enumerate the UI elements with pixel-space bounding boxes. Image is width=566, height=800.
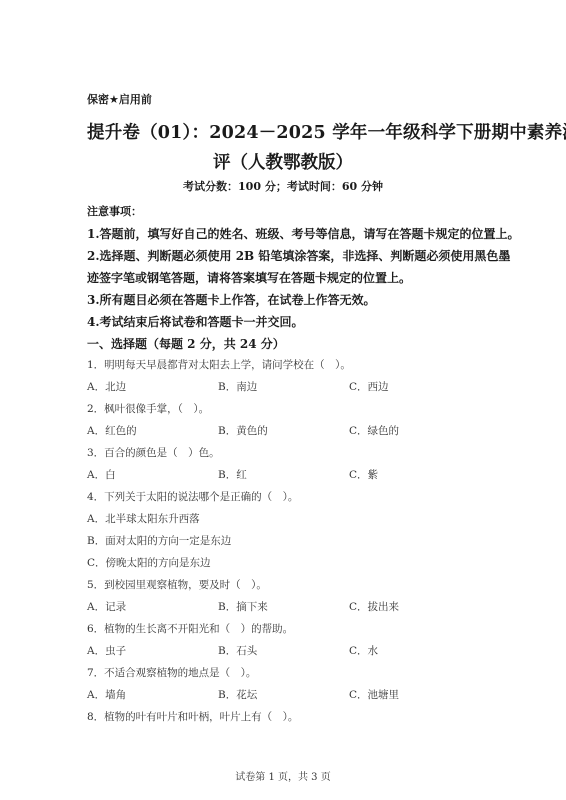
option-b: B．花坛 [218, 687, 257, 702]
option-c: C．拔出来 [349, 599, 399, 614]
question-stem: 5．到校园里观察植物，要及时（ ）。 [87, 577, 267, 592]
option-c: C．池塘里 [349, 687, 399, 702]
question-stem: 3．百合的颜色是（ ）色。 [87, 445, 220, 460]
option-c: C．傍晚太阳的方向是东边 [87, 555, 211, 570]
question-stem: 7．不适合观察植物的地点是（ ）。 [87, 665, 256, 680]
note-item: 2.选择题、判断题必须使用 2B 铅笔填涂答案，非选择、判断题必须使用黑色墨 [87, 247, 510, 264]
question-stem: 2．枫叶很像手掌，（ ）。 [87, 401, 209, 416]
option-b: B．黄色的 [218, 423, 268, 438]
option-a: A．白 [87, 467, 116, 482]
exam-page: 保密★启用前 提升卷（01）：2024－2025 学年一年级科学下册期中素养测 … [0, 0, 566, 800]
question-stem: 1．明明每天早晨都背对太阳去上学，请问学校在（ ）。 [87, 357, 351, 372]
option-a: A．红色的 [87, 423, 137, 438]
option-c: C．水 [349, 643, 378, 658]
page-footer: 试卷第 1 页，共 3 页 [0, 768, 566, 783]
exam-title-line1: 提升卷（01）：2024－2025 学年一年级科学下册期中素养测 [87, 119, 566, 144]
option-a: A．北边 [87, 379, 126, 394]
note-item: 3.所有题目必须在答题卡上作答，在试卷上作答无效。 [87, 291, 376, 308]
option-b: B．红 [218, 467, 247, 482]
note-item: 4.考试结束后将试卷和答题卡一并交回。 [87, 313, 304, 330]
option-a: A．记录 [87, 599, 126, 614]
option-a: A．虫子 [87, 643, 126, 658]
option-a: A．北半球太阳东升西落 [87, 511, 200, 526]
option-b: B．面对太阳的方向一定是东边 [87, 533, 231, 548]
question-stem: 6．植物的生长离不开阳光和（ ）的帮助。 [87, 621, 293, 636]
option-b: B．摘下来 [218, 599, 268, 614]
option-b: B．石头 [218, 643, 257, 658]
option-c: C．紫 [349, 467, 378, 482]
option-a: A．墙角 [87, 687, 126, 702]
notes-heading: 注意事项： [87, 203, 142, 219]
question-stem: 4．下列关于太阳的说法哪个是正确的（ ）。 [87, 489, 298, 504]
exam-meta: 考试分数：100 分；考试时间：60 分钟 [0, 178, 566, 194]
option-c: C．绿色的 [349, 423, 399, 438]
option-c: C．西边 [349, 379, 389, 394]
exam-title-line2: 评（人教鄂教版） [0, 149, 566, 174]
note-item: 1.答题前，填写好自己的姓名、班级、考号等信息，请写在答题卡规定的位置上。 [87, 225, 520, 242]
confidential-label: 保密★启用前 [87, 91, 152, 107]
question-stem: 8．植物的叶有叶片和叶柄，叶片上有（ ）。 [87, 709, 298, 724]
section-title: 一、选择题（每题 2 分，共 24 分） [87, 335, 285, 352]
note-item: 迹签字笔或钢笔答题，请将答案填写在答题卡规定的位置上。 [87, 269, 411, 286]
option-b: B．南边 [218, 379, 257, 394]
